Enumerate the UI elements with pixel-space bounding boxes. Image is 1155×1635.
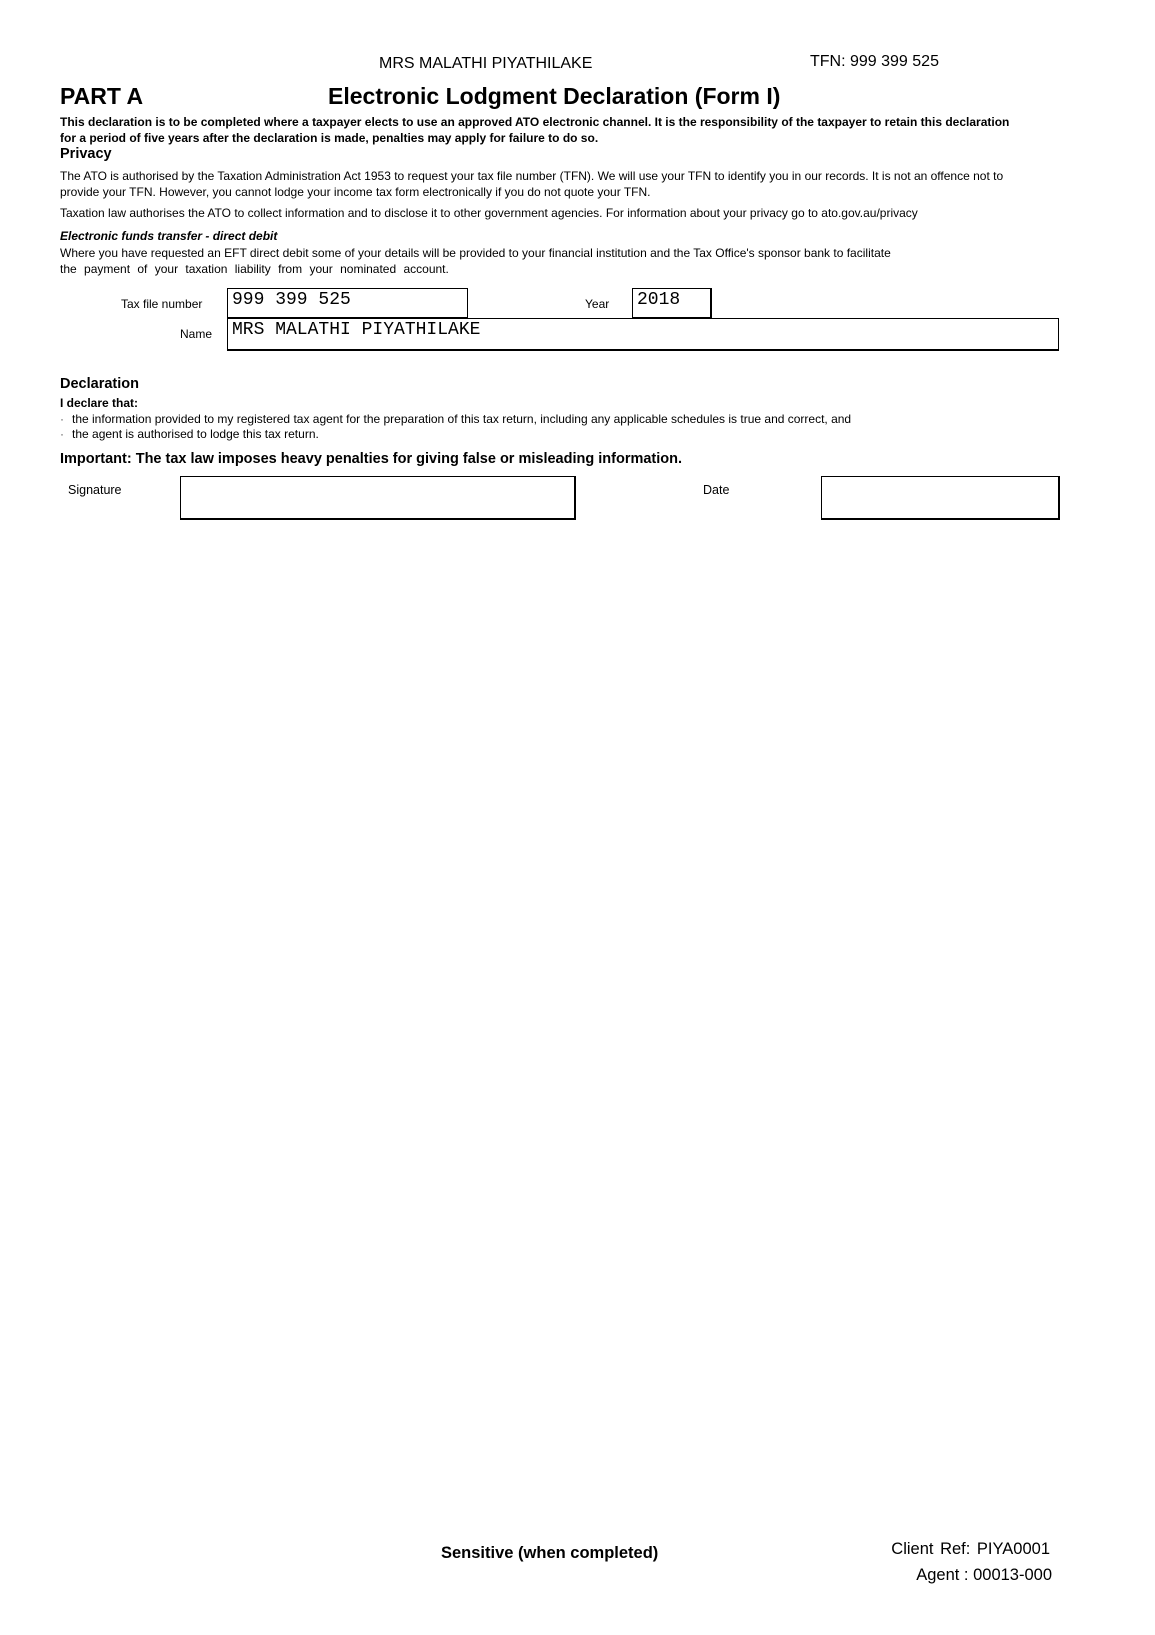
- header-taxpayer-name: MRS MALATHI PIYATHILAKE: [379, 55, 592, 73]
- signature-field[interactable]: [180, 476, 576, 520]
- bullet-icon: ·: [60, 427, 72, 441]
- name-label: Name: [180, 327, 212, 341]
- eft-heading: Electronic funds transfer - direct debit: [60, 229, 277, 243]
- date-label: Date: [703, 483, 729, 497]
- eft-line-2: the payment of your taxation liability f…: [60, 262, 449, 276]
- part-label: PART A: [60, 83, 143, 110]
- sensitive-marking: Sensitive (when completed): [441, 1544, 658, 1563]
- header-tfn: TFN: 999 399 525: [810, 53, 939, 71]
- name-field[interactable]: MRS MALATHI PIYATHILAKE: [227, 318, 1059, 351]
- tfn-field[interactable]: 999 399 525: [227, 288, 468, 319]
- bullet-icon: ·: [60, 412, 72, 426]
- privacy-paragraph-1: The ATO is authorised by the Taxation Ad…: [60, 168, 1020, 200]
- eft-line-1: Where you have requested an EFT direct d…: [60, 246, 891, 260]
- year-field[interactable]: 2018: [632, 288, 712, 319]
- declaration-item-text: the agent is authorised to lodge this ta…: [72, 427, 319, 441]
- privacy-heading: Privacy: [60, 146, 112, 162]
- date-field[interactable]: [821, 476, 1060, 520]
- signature-label: Signature: [68, 483, 122, 497]
- intro-text: This declaration is to be completed wher…: [60, 114, 1020, 146]
- privacy-paragraph-2: Taxation law authorises the ATO to colle…: [60, 206, 918, 220]
- tfn-label: Tax file number: [121, 297, 202, 311]
- important-notice: Important: The tax law imposes heavy pen…: [60, 451, 682, 467]
- declaration-item-text: the information provided to my registere…: [72, 412, 851, 426]
- client-ref: Client Ref: PIYA0001: [891, 1540, 1050, 1559]
- declaration-item: ·the information provided to my register…: [60, 412, 851, 426]
- agent-number: Agent : 00013-000: [916, 1566, 1052, 1585]
- year-label: Year: [585, 297, 609, 311]
- form-title: Electronic Lodgment Declaration (Form I): [328, 83, 780, 110]
- declaration-item: ·the agent is authorised to lodge this t…: [60, 427, 319, 441]
- declaration-subheading: I declare that:: [60, 396, 138, 410]
- declaration-heading: Declaration: [60, 376, 139, 392]
